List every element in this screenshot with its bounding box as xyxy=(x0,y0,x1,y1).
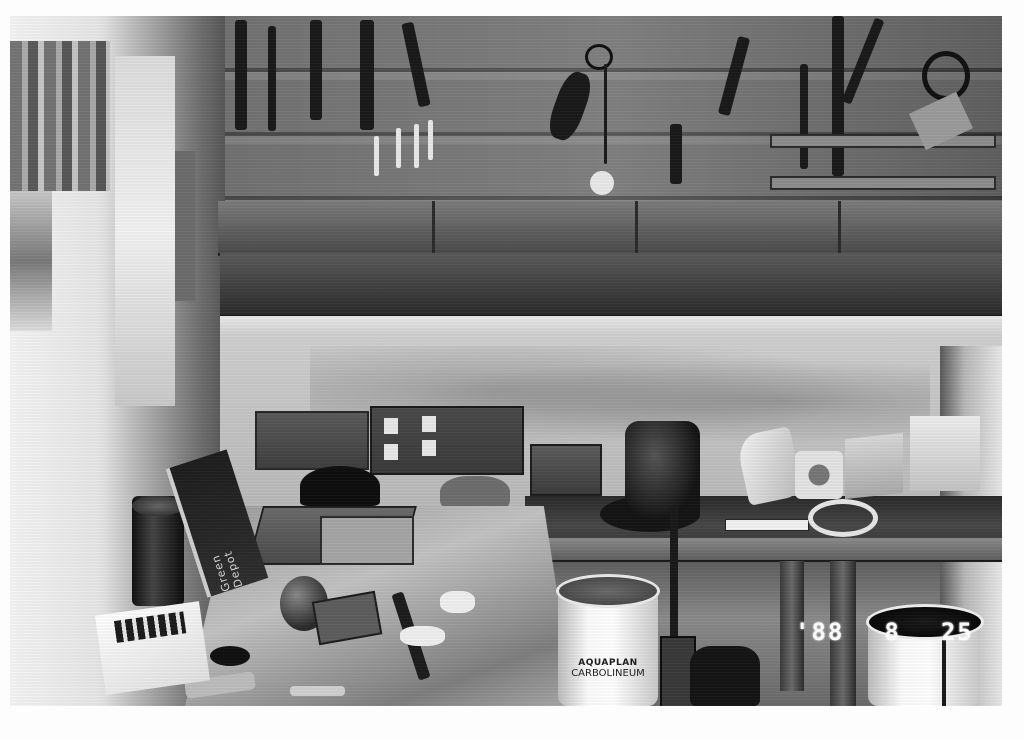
date-stamp: '88825 xyxy=(795,618,1002,646)
tape-roll xyxy=(795,451,843,499)
level-bar xyxy=(725,519,809,531)
sign-text: Green Depot xyxy=(201,523,246,593)
note xyxy=(384,444,398,460)
shelf-seam xyxy=(432,201,435,253)
document-tray xyxy=(320,516,414,565)
cardboard-box xyxy=(845,433,903,499)
bucket-product: CARBOLINEUM xyxy=(558,668,658,679)
tool-board-shading xyxy=(225,16,1002,221)
metal-box xyxy=(530,444,602,496)
paper-scrap xyxy=(440,591,475,613)
bench-vise xyxy=(625,421,700,521)
shelf-seam xyxy=(838,201,841,253)
black-bag xyxy=(690,646,760,706)
wall-strip xyxy=(175,151,195,301)
paint-bucket-lid xyxy=(556,574,660,608)
cardboard-box xyxy=(910,416,980,491)
notebook xyxy=(95,601,210,695)
workshop-photo: Green Depot AQUAPLAN CARBOLINEUM '88825 xyxy=(10,16,1002,706)
spanner-icon xyxy=(414,124,419,168)
note xyxy=(384,418,398,434)
wall-poster xyxy=(10,41,110,191)
wrench-icon xyxy=(360,20,374,130)
spanner-icon xyxy=(428,120,433,160)
hard-hat xyxy=(300,466,380,506)
wrench-icon xyxy=(235,20,247,130)
bracket-icon xyxy=(590,171,614,195)
measuring-tape xyxy=(808,499,878,537)
spanner-icon xyxy=(374,136,379,176)
shelf-seam xyxy=(635,201,638,253)
bucket-label: AQUAPLAN CARBOLINEUM xyxy=(558,658,658,679)
tool-rack-rail xyxy=(770,176,996,190)
notebook-print xyxy=(114,611,186,643)
lower-shelf xyxy=(220,253,1002,318)
date-month: 8 xyxy=(884,618,900,646)
wrench-icon xyxy=(268,26,276,131)
spanner-icon xyxy=(396,128,401,168)
wrench-icon xyxy=(310,20,322,120)
date-day: 25 xyxy=(941,618,974,646)
metal-pipe xyxy=(290,686,345,696)
upper-shelf xyxy=(218,201,1002,256)
wooden-crate xyxy=(255,411,369,470)
screwdriver-icon xyxy=(800,64,808,169)
ring-icon xyxy=(585,44,613,70)
coil-icon xyxy=(922,51,970,101)
tape-roll-dark xyxy=(210,646,250,666)
tool-rack-rail xyxy=(770,134,996,148)
paper-scrap xyxy=(400,626,445,646)
pincers-icon xyxy=(670,124,682,184)
wire-icon xyxy=(604,64,607,164)
wall-poster-lower xyxy=(10,191,52,331)
stick-in-bucket xyxy=(942,636,946,706)
glass-display-case xyxy=(370,406,524,475)
date-year: '88 xyxy=(795,618,844,646)
note xyxy=(422,440,436,456)
wall-sheet xyxy=(115,56,175,406)
bucket-brand: AQUAPLAN xyxy=(558,658,658,668)
right-workbench-edge xyxy=(525,538,1002,562)
note xyxy=(422,416,436,432)
